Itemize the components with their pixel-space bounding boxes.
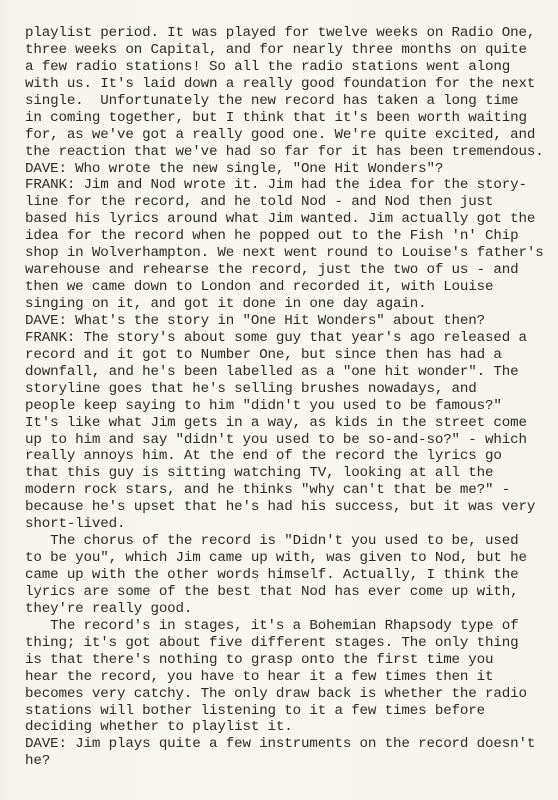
text-line: line for the record, and he told Nod - a… (25, 194, 555, 211)
text-line: short-lived. (25, 516, 555, 533)
text-line: warehouse and rehearse the record, just … (25, 262, 555, 279)
text-line: singing on it, and got it done in one da… (25, 296, 555, 313)
text-line: people keep saying to him "didn't you us… (25, 398, 555, 415)
text-line: came up with the other words himself. Ac… (25, 567, 555, 584)
text-line: then we came down to London and recorded… (25, 279, 555, 296)
text-line: a few radio stations! So all the radio s… (25, 59, 555, 76)
text-line: up to him and say "didn't you used to be… (25, 432, 555, 449)
typewritten-page: playlist period. It was played for twelv… (0, 0, 558, 800)
text-line: they're really good. (25, 601, 555, 618)
text-line: really annoys him. At the end of the rec… (25, 448, 555, 465)
text-line: because he's upset that he's had his suc… (25, 499, 555, 516)
text-line: FRANK: The story's about some guy that y… (25, 330, 555, 347)
text-line: hear the record, you have to hear it a f… (25, 669, 555, 686)
text-line: single. Unfortunately the new record has… (25, 93, 555, 110)
text-line: stations will bother listening to it a f… (25, 703, 555, 720)
text-line: It's like what Jim gets in a way, as kid… (25, 415, 555, 432)
text-line: is that there's nothing to grasp onto th… (25, 652, 555, 669)
text-line: lyrics are some of the best that Nod has… (25, 584, 555, 601)
text-line: DAVE: What's the story in "One Hit Wonde… (25, 313, 555, 330)
text-line: with us. It's laid down a really good fo… (25, 76, 555, 93)
text-line: three weeks on Capital, and for nearly t… (25, 42, 555, 59)
text-line: The record's in stages, it's a Bohemian … (25, 618, 555, 635)
text-line: that this guy is sitting watching TV, lo… (25, 465, 555, 482)
text-line: downfall, and he's been labelled as a "o… (25, 364, 555, 381)
text-line: FRANK: Jim and Nod wrote it. Jim had the… (25, 177, 555, 194)
text-line: The chorus of the record is "Didn't you … (25, 533, 555, 550)
text-line: to be you", which Jim came up with, was … (25, 550, 555, 567)
interview-text: playlist period. It was played for twelv… (25, 25, 555, 770)
text-line: thing; it's got about five different sta… (25, 635, 555, 652)
text-line: DAVE: Who wrote the new single, "One Hit… (25, 161, 555, 178)
text-line: idea for the record when he popped out t… (25, 228, 555, 245)
text-line: becomes very catchy. The only draw back … (25, 686, 555, 703)
text-line: modern rock stars, and he thinks "why ca… (25, 482, 555, 499)
text-line: he? (25, 753, 555, 770)
text-line: based his lyrics around what Jim wanted.… (25, 211, 555, 228)
text-line: the reaction that we've had so far for i… (25, 144, 555, 161)
text-line: in coming together, but I think that it'… (25, 110, 555, 127)
text-line: storyline goes that he's selling brushes… (25, 381, 555, 398)
text-line: deciding whether to playlist it. (25, 719, 555, 736)
text-line: record and it got to Number One, but sin… (25, 347, 555, 364)
text-line: shop in Wolverhampton. We next went roun… (25, 245, 555, 262)
text-line: DAVE: Jim plays quite a few instruments … (25, 736, 555, 753)
text-line: for, as we've got a really good one. We'… (25, 127, 555, 144)
text-line: playlist period. It was played for twelv… (25, 25, 555, 42)
